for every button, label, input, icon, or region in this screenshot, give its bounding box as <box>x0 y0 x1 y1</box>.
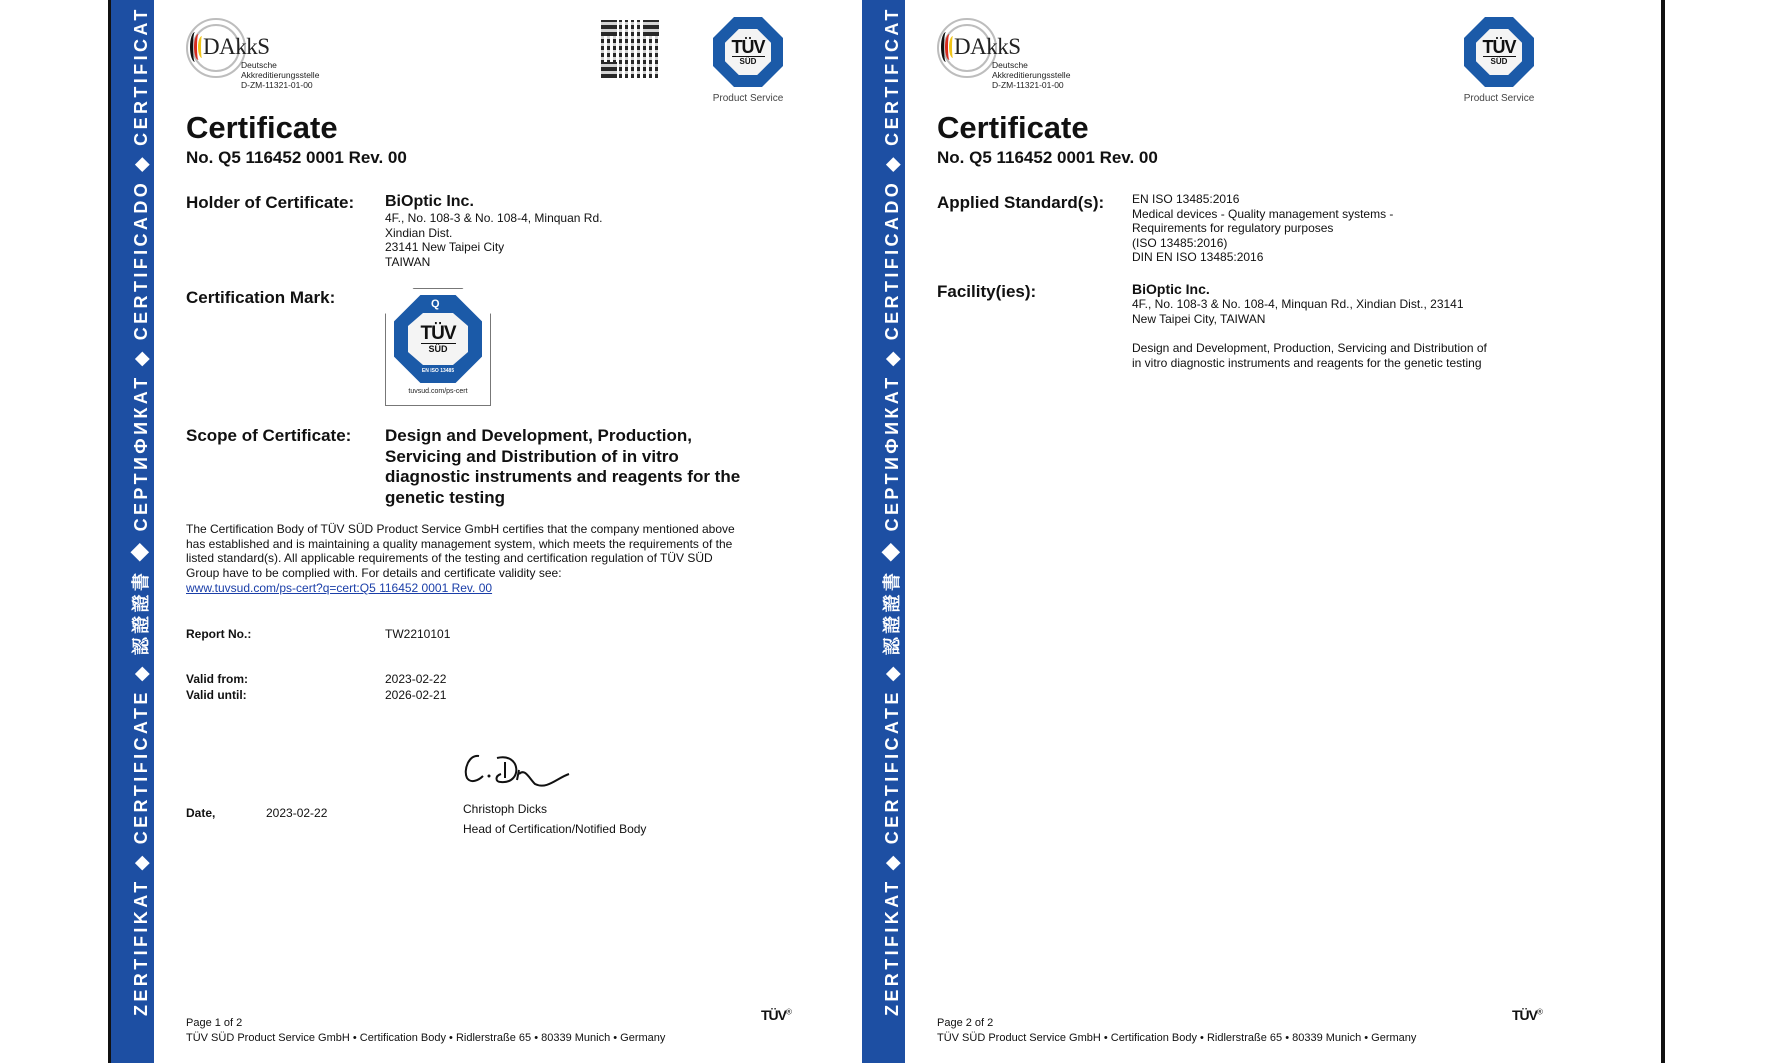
page-title: Certificate <box>186 110 338 146</box>
page-number: Page 1 of 2 <box>186 1016 665 1031</box>
dakks-line-1: Deutsche <box>241 60 319 70</box>
certificate-number: No. Q5 116452 0001 Rev. 00 <box>937 148 1158 168</box>
standards-label: Applied Standard(s): <box>937 193 1104 213</box>
facility-address-2: New Taipei City, TAIWAN <box>1132 312 1487 327</box>
date-label: Date, <box>186 806 215 820</box>
certificate-page-1: ZERTIFIKAT ◆ CERTIFICATE ◆ 認證證書 ◆ СЕРТИФ… <box>108 0 863 1063</box>
tuv-sud-logo: TÜV SÜD Product Service <box>1464 17 1539 104</box>
qr-code-icon <box>601 20 659 78</box>
certification-mark-icon: Q TÜV SÜD EN ISO 13485 tuvsud.com/ps-cer… <box>385 288 491 406</box>
facility-scope-1: Design and Development, Production, Serv… <box>1132 341 1487 356</box>
holder-address-2: Xindian Dist. <box>385 226 602 241</box>
signature-image <box>461 748 591 798</box>
facility-block: BiOptic Inc. 4F., No. 108-3 & No. 108-4,… <box>1132 281 1487 370</box>
page-footer: Page 2 of 2 TÜV SÜD Product Service GmbH… <box>937 1016 1416 1046</box>
valid-from-label: Valid from: <box>186 672 248 686</box>
certificate-side-band: ZERTIFIKAT ◆ CERTIFICATE ◆ 認證證書 ◆ СЕРТИФ… <box>111 0 154 1063</box>
holder-address-1: 4F., No. 108-3 & No. 108-4, Minquan Rd. <box>385 211 602 226</box>
mark-top: TÜV <box>421 324 456 344</box>
holder-address-4: TAIWAN <box>385 255 602 270</box>
page-number: Page 2 of 2 <box>937 1016 1416 1031</box>
product-service-caption: Product Service <box>708 93 788 104</box>
report-value: TW2210101 <box>385 627 450 641</box>
facility-scope-2: in vitro diagnostic instruments and reag… <box>1132 356 1487 371</box>
standard-line: DIN EN ISO 13485:2016 <box>1132 250 1393 265</box>
validity-link[interactable]: www.tuvsud.com/ps-cert?q=cert:Q5 116452 … <box>186 581 492 595</box>
dakks-line-2: Akkreditierungsstelle <box>241 70 319 80</box>
signer-name: Christoph Dicks <box>463 802 547 816</box>
dakks-accreditation-number: D-ZM-11321-01-00 <box>241 80 319 90</box>
dakks-name: DAkkS <box>954 34 1021 60</box>
holder-address-3: 23141 New Taipei City <box>385 240 602 255</box>
certificate-side-band: ZERTIFIKAT ◆ CERTIFICATE ◆ 認證證書 ◆ СЕРТИФ… <box>862 0 905 1063</box>
dakks-line-2: Akkreditierungsstelle <box>992 70 1070 80</box>
dakks-name: DAkkS <box>203 34 270 60</box>
mark-q: Q <box>431 298 440 310</box>
dakks-subtitle: Deutsche Akkreditierungsstelle D-ZM-1132… <box>241 60 319 90</box>
tuv-logo-top: TÜV <box>1483 38 1516 57</box>
holder-block: BiOptic Inc. 4F., No. 108-3 & No. 108-4,… <box>385 193 602 269</box>
standards-list: EN ISO 13485:2016 Medical devices - Qual… <box>1132 192 1393 265</box>
certification-mark-label: Certification Mark: <box>186 288 335 308</box>
standard-line: Medical devices - Quality management sys… <box>1132 207 1393 222</box>
band-multilingual-text: ZERTIFIKAT ◆ CERTIFICATE ◆ 認證證書 ◆ СЕРТИФ… <box>132 6 150 1016</box>
valid-from-value: 2023-02-22 <box>385 672 446 686</box>
valid-until-label: Valid until: <box>186 688 247 702</box>
dakks-line-1: Deutsche <box>992 60 1070 70</box>
registered-mark: ® <box>1537 1007 1542 1016</box>
standard-line: (ISO 13485:2016) <box>1132 236 1393 251</box>
mark-standard: EN ISO 13485 <box>386 368 490 374</box>
tuv-footer-logo: TÜV® <box>1512 1007 1542 1023</box>
holder-name: BiOptic Inc. <box>385 193 602 211</box>
scope-text: Design and Development, Production, Serv… <box>385 426 765 508</box>
mark-bottom: SÜD <box>428 344 447 354</box>
footer-address: TÜV SÜD Product Service GmbH • Certifica… <box>937 1031 1416 1046</box>
band-multilingual-text: ZERTIFIKAT ◆ CERTIFICATE ◆ 認證證書 ◆ СЕРТИФ… <box>883 6 901 1016</box>
valid-until-value: 2026-02-21 <box>385 688 446 702</box>
tuv-footer-text: TÜV <box>761 1007 786 1023</box>
dakks-logo: DAkkS Deutsche Akkreditierungsstelle D-Z… <box>186 18 250 78</box>
facility-label: Facility(ies): <box>937 282 1036 302</box>
signer-title: Head of Certification/Notified Body <box>463 822 646 836</box>
dakks-logo: DAkkS Deutsche Akkreditierungsstelle D-Z… <box>937 18 1001 78</box>
tuv-logo-bottom: SÜD <box>740 57 757 67</box>
scope-label: Scope of Certificate: <box>186 426 351 446</box>
statement-text: The Certification Body of TÜV SÜD Produc… <box>186 522 735 580</box>
certification-statement: The Certification Body of TÜV SÜD Produc… <box>186 522 746 596</box>
facility-name: BiOptic Inc. <box>1132 281 1487 297</box>
standard-line: EN ISO 13485:2016 <box>1132 192 1393 207</box>
tuv-logo-top: TÜV <box>732 38 765 57</box>
standard-line: Requirements for regulatory purposes <box>1132 221 1393 236</box>
tuv-footer-logo: TÜV® <box>761 1007 791 1023</box>
tuv-logo-bottom: SÜD <box>1491 57 1508 67</box>
dakks-subtitle: Deutsche Akkreditierungsstelle D-ZM-1132… <box>992 60 1070 90</box>
facility-address-1: 4F., No. 108-3 & No. 108-4, Minquan Rd.,… <box>1132 297 1487 312</box>
certificate-number: No. Q5 116452 0001 Rev. 00 <box>186 148 407 168</box>
dakks-accreditation-number: D-ZM-11321-01-00 <box>992 80 1070 90</box>
tuv-sud-logo: TÜV SÜD Product Service <box>713 17 788 104</box>
date-value: 2023-02-22 <box>266 806 327 820</box>
certificate-page-2: ZERTIFIKAT ◆ CERTIFICATE ◆ 認證證書 ◆ СЕРТИФ… <box>862 0 1665 1063</box>
footer-address: TÜV SÜD Product Service GmbH • Certifica… <box>186 1031 665 1046</box>
tuv-footer-text: TÜV <box>1512 1007 1537 1023</box>
page-footer: Page 1 of 2 TÜV SÜD Product Service GmbH… <box>186 1016 665 1046</box>
mark-url: tuvsud.com/ps-cert <box>386 388 490 395</box>
page-title: Certificate <box>937 110 1089 146</box>
registered-mark: ® <box>786 1007 791 1016</box>
report-label: Report No.: <box>186 627 251 641</box>
product-service-caption: Product Service <box>1459 93 1539 104</box>
holder-label: Holder of Certificate: <box>186 193 354 213</box>
